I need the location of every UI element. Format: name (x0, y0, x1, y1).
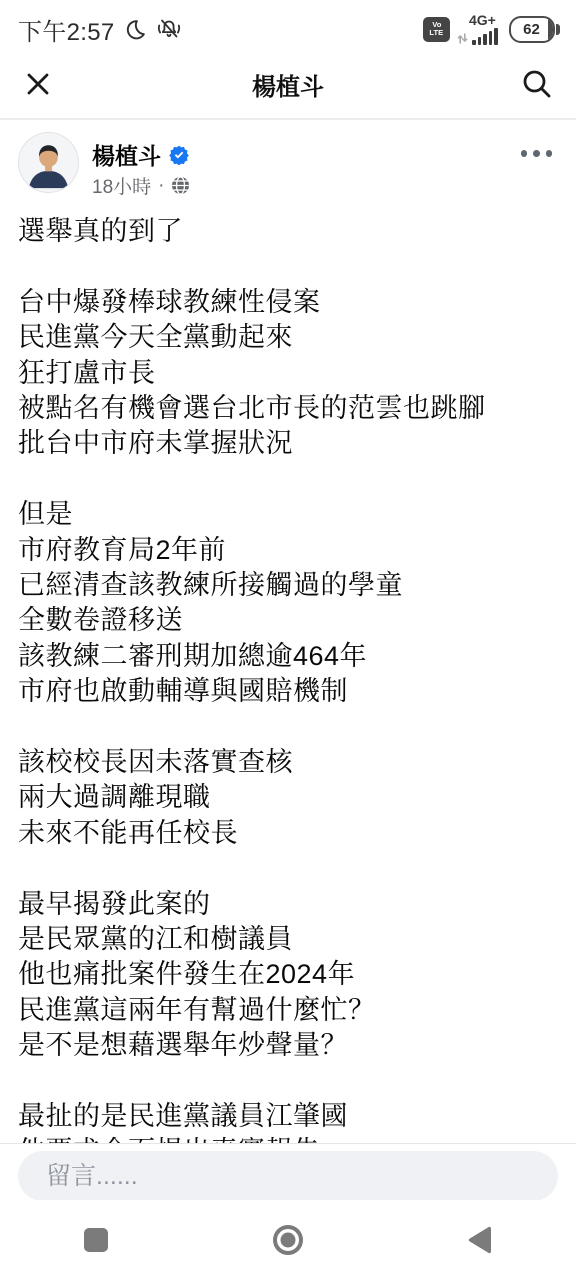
battery-nub (556, 24, 560, 35)
close-button[interactable] (22, 68, 54, 100)
post-timestamp: 18小時 (92, 172, 151, 199)
back-button[interactable] (384, 1200, 576, 1280)
meta-separator: · (158, 175, 164, 197)
battery-indicator: 62 (509, 16, 561, 43)
back-triangle-icon (467, 1226, 493, 1254)
do-not-disturb-moon-icon (124, 18, 147, 41)
home-button[interactable] (192, 1200, 384, 1280)
post-line: 是民眾黨的江和樹議員 (18, 922, 558, 957)
post-line: 是不是想藉選舉年炒聲量？ (18, 1028, 558, 1063)
recents-square-icon (84, 1228, 108, 1252)
app-header: 楊植斗 (0, 52, 576, 116)
volte-badge: Vo LTE (423, 17, 450, 42)
post-line: 最早揭發此案的 (18, 887, 558, 922)
network-type-label: 4G+ (469, 13, 496, 27)
post-line: 被點名有機會選台北市長的范雲也跳腳 (18, 391, 558, 426)
recents-button[interactable] (0, 1200, 192, 1280)
post-line: 市府也啟動輔導與國賠機制 (18, 674, 558, 709)
page-title: 楊植斗 (0, 67, 576, 102)
battery-fill (548, 18, 553, 41)
more-options-button[interactable] (517, 146, 557, 161)
post-line: 已經清查該教練所接觸過的學童 (18, 568, 558, 603)
battery-percent: 62 (523, 21, 540, 38)
post-line (18, 249, 558, 284)
post-line: 狂打盧市長 (18, 356, 558, 391)
post-line: 兩大過調離現職 (18, 780, 558, 815)
post-line: 民進黨這兩年有幫過什麼忙？ (18, 993, 558, 1028)
header-divider (0, 118, 576, 120)
author-name[interactable]: 楊植斗 (92, 138, 161, 171)
dot-icon (533, 150, 540, 157)
post-line: 他要求全面提出真實報告 (18, 1134, 558, 1143)
post-line: 他也痛批案件發生在2024年 (18, 957, 558, 992)
search-icon (520, 67, 554, 101)
android-nav-bar (0, 1200, 576, 1280)
cellular-signal: 4G+ (457, 13, 498, 45)
close-icon (22, 68, 54, 100)
post-line: 未來不能再任校長 (18, 816, 558, 851)
post-line: 全數卷證移送 (18, 603, 558, 638)
post-line: 民進黨今天全黨動起來 (18, 320, 558, 355)
post-line: 台中爆發棒球教練性侵案 (18, 285, 558, 320)
post-line: 該教練二審刑期加總逾464年 (18, 639, 558, 674)
phone-screen: 下午2:57 Vo LTE 4 (0, 0, 576, 1280)
data-arrows-icon (457, 32, 468, 45)
globe-audience-icon (171, 176, 190, 195)
verified-badge-icon (169, 145, 189, 165)
comment-input[interactable] (44, 1161, 532, 1192)
signal-bars-icon (472, 28, 498, 45)
post-line (18, 462, 558, 497)
post-line: 批台中市府未掌握狀況 (18, 426, 558, 461)
post-line (18, 1064, 558, 1099)
status-bar: 下午2:57 Vo LTE 4 (0, 0, 576, 52)
author-row[interactable]: 楊植斗 (92, 138, 189, 171)
post-body: 選舉真的到了 台中爆發棒球教練性侵案 民進黨今天全黨動起來 狂打盧市長 被點名有… (18, 214, 558, 1143)
dot-icon (521, 150, 528, 157)
post-line: 最扯的是民進黨議員江肇國 (18, 1099, 558, 1134)
post-line (18, 710, 558, 745)
comment-input-pill[interactable] (18, 1151, 558, 1201)
post-line: 市府教育局2年前 (18, 533, 558, 568)
mute-vibrate-icon (156, 17, 182, 41)
clock: 下午2:57 (18, 12, 115, 47)
home-circle-icon (272, 1224, 304, 1256)
post-line: 但是 (18, 497, 558, 532)
post-meta: 18小時 · (92, 172, 190, 199)
search-button[interactable] (520, 67, 554, 101)
avatar[interactable] (18, 132, 79, 193)
post-line (18, 851, 558, 886)
post-line: 選舉真的到了 (18, 214, 558, 249)
post-line: 該校校長因未落實查核 (18, 745, 558, 780)
dot-icon (546, 150, 553, 157)
